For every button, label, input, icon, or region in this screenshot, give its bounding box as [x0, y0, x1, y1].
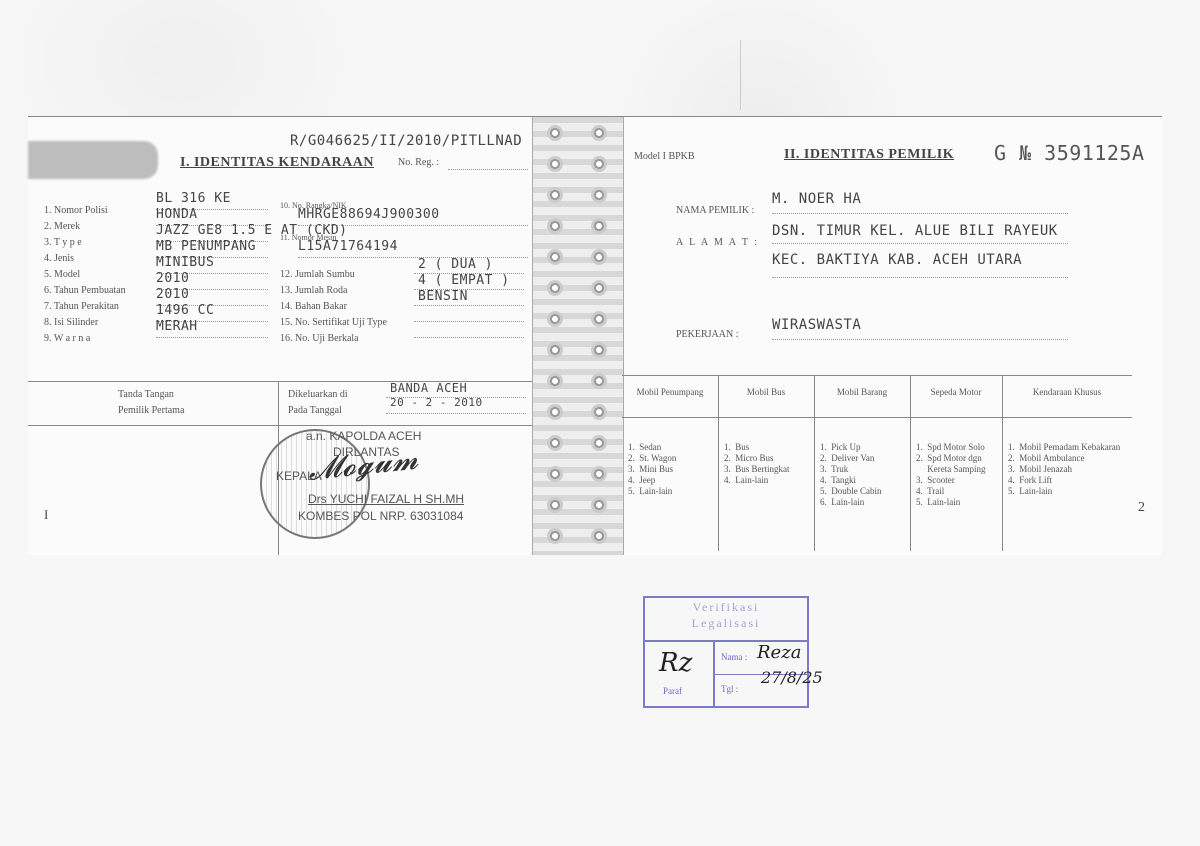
stamp-title-1: Verifikasi [645, 600, 807, 614]
stamp-divider [713, 640, 715, 706]
field-value: MHRGE88694J900300 [298, 207, 440, 222]
dotted-line [772, 243, 1068, 244]
rosette-pattern [591, 528, 607, 544]
rosette-pattern [547, 373, 563, 389]
category-item: 3. Mini Bus [628, 464, 718, 475]
field-label: 4. Jenis [44, 253, 74, 264]
category-item: 4. Tangki [820, 475, 910, 486]
category-header: Mobil Penumpang [622, 387, 718, 397]
rosette-pattern [547, 156, 563, 172]
rosette-pattern [547, 497, 563, 513]
rosette-pattern [591, 466, 607, 482]
address-line-2: KEC. BAKTIYA KAB. ACEH UTARA [772, 252, 1022, 268]
security-pattern-spine [532, 117, 624, 555]
field-value: 4 ( EMPAT ) [418, 273, 510, 288]
rosette-pattern [591, 187, 607, 203]
divider [622, 375, 1132, 376]
address-line-1: DSN. TIMUR KEL. ALUE BILI RAYEUK [772, 223, 1058, 239]
rosette-pattern [591, 249, 607, 265]
vehicle-identity-panel: R/G046625/II/2010/PITLLNAD I. IDENTITAS … [28, 117, 532, 555]
dotted-line [298, 225, 528, 226]
rosette-pattern [547, 218, 563, 234]
field-label: 3. T y p e [44, 237, 82, 248]
dotted-line [414, 321, 524, 322]
category-item: 6. Lain-lain [820, 497, 910, 508]
category-item: 1. Spd Motor Solo [916, 442, 1002, 453]
official-name: Drs YUCHI FAIZAL H SH.MH [308, 492, 464, 506]
redacted-area [28, 141, 158, 179]
field-label: 8. Isi Silinder [44, 317, 98, 328]
authority-line-1: a.n. KAPOLDA ACEH [306, 429, 421, 443]
rosette-pattern [591, 311, 607, 327]
category-item: 1. Mobil Pemadam Kebakaran [1008, 442, 1132, 453]
column-divider [1002, 375, 1003, 551]
rosette-pattern [591, 280, 607, 296]
issued-date-label: Pada Tanggal [288, 405, 342, 416]
category-item: 3. Mobil Jenazah [1008, 464, 1132, 475]
field-label: 14. Bahan Bakar [280, 301, 347, 312]
field-value: MERAH [156, 319, 198, 334]
divider [622, 417, 1132, 418]
category-item: 1. Bus [724, 442, 814, 453]
registration-code: R/G046625/II/2010/PITLLNAD [290, 133, 522, 149]
category-item: 2. St. Wagon [628, 453, 718, 464]
column-divider [910, 375, 911, 551]
rosette-pattern [591, 156, 607, 172]
paraf-label: Paraf [663, 686, 682, 696]
category-header: Kendaraan Khusus [1002, 387, 1132, 397]
field-value: 1496 CC [156, 303, 214, 318]
category-item: 4. Trail [916, 486, 1002, 497]
issued-at-label: Dikeluarkan di [288, 389, 348, 400]
rosette-pattern [591, 342, 607, 358]
dotted-line [772, 339, 1068, 340]
side-roman-numeral: I [44, 507, 48, 523]
occupation-label: PEKERJAAN : [676, 329, 739, 340]
category-item: 2. Micro Bus [724, 453, 814, 464]
category-list: 1. Sedan2. St. Wagon3. Mini Bus4. Jeep5.… [628, 442, 718, 497]
dotted-line [772, 213, 1068, 214]
divider [28, 425, 532, 426]
field-label: 15. No. Sertifikat Uji Type [280, 317, 387, 328]
field-value: HONDA [156, 207, 198, 222]
rosette-pattern [591, 373, 607, 389]
dotted-line [414, 337, 524, 338]
category-list: 1. Pick Up2. Deliver Van3. Truk4. Tangki… [820, 442, 910, 508]
dotted-line [156, 337, 268, 338]
dotted-line [386, 397, 526, 398]
category-item: 3. Bus Bertingkat [724, 464, 814, 475]
category-header: Mobil Barang [814, 387, 910, 397]
owner-identity-panel: Model I BPKB II. IDENTITAS PEMILIK G № 3… [622, 117, 1162, 555]
field-label: 9. W a r n a [44, 333, 90, 344]
section-title-owner: II. IDENTITAS PEMILIK [784, 147, 954, 163]
rosette-pattern [591, 497, 607, 513]
field-value: MINIBUS [156, 255, 214, 270]
category-list: 1. Bus2. Micro Bus3. Bus Bertingkat4. La… [724, 442, 814, 486]
column-divider [814, 375, 815, 551]
field-label: 5. Model [44, 269, 80, 280]
form-model: Model I BPKB [634, 151, 695, 162]
field-value: 2010 [156, 287, 189, 302]
rosette-pattern [547, 187, 563, 203]
rosette-pattern [547, 280, 563, 296]
dotted-line [414, 305, 524, 306]
owner-signature-label-1: Tanda Tangan [118, 389, 174, 400]
section-title-vehicle: I. IDENTITAS KENDARAAN [180, 155, 374, 171]
no-reg-label: No. Reg. : [398, 157, 439, 168]
rosette-pattern [547, 311, 563, 327]
rosette-pattern [591, 435, 607, 451]
field-value: MB PENUMPANG [156, 239, 256, 254]
column-divider [718, 375, 719, 551]
rosette-pattern [547, 125, 563, 141]
category-list: 1. Mobil Pemadam Kebakaran2. Mobil Ambul… [1008, 442, 1132, 497]
nama-label: Nama : [721, 652, 747, 662]
occupation-value: WIRASWASTA [772, 317, 861, 333]
field-label: 7. Tahun Perakitan [44, 301, 119, 312]
field-label: 12. Jumlah Sumbu [280, 269, 355, 280]
category-item: 5. Double Cabin [820, 486, 910, 497]
verification-stamp: Verifikasi Legalisasi Rz Paraf Nama : Re… [643, 596, 809, 708]
field-value: 2010 [156, 271, 189, 286]
field-label: 2. Merek [44, 221, 80, 232]
category-item: 2. Mobil Ambulance [1008, 453, 1132, 464]
rosette-pattern [547, 342, 563, 358]
field-value: BENSIN [418, 289, 468, 304]
owner-name-label: NAMA PEMILIK : [676, 205, 754, 216]
category-item: Kereta Samping [916, 464, 1002, 475]
category-header: Mobil Bus [718, 387, 814, 397]
tgl-value: 27/8/25 [761, 668, 823, 687]
dotted-line [298, 257, 528, 258]
rosette-pattern [591, 404, 607, 420]
rosette-pattern [591, 125, 607, 141]
owner-name-value: M. NOER HA [772, 191, 861, 207]
rosette-pattern [547, 249, 563, 265]
rosette-pattern [547, 404, 563, 420]
nama-value: Reza [757, 642, 801, 663]
category-item: 1. Pick Up [820, 442, 910, 453]
rosette-pattern [591, 218, 607, 234]
fold-line [740, 40, 741, 110]
owner-signature-label-2: Pemilik Pertama [118, 405, 184, 416]
dotted-line [448, 169, 528, 170]
category-item: 5. Lain-lain [1008, 486, 1132, 497]
category-item: 3. Scooter [916, 475, 1002, 486]
category-item: 5. Lain-lain [628, 486, 718, 497]
category-item: 2. Deliver Van [820, 453, 910, 464]
official-rank: KOMBES POL NRP. 63031084 [298, 509, 463, 523]
paraf-initials: Rz [659, 648, 692, 678]
field-label: 6. Tahun Pembuatan [44, 285, 126, 296]
address-label: A L A M A T : [676, 237, 759, 248]
category-item: 2. Spd Motor dgn [916, 453, 1002, 464]
field-label: 1. Nomor Polisi [44, 205, 108, 216]
field-value: L15A71764194 [298, 239, 398, 254]
issued-at-value: BANDA ACEH [390, 381, 467, 395]
field-value: 2 ( DUA ) [418, 257, 493, 272]
field-value: BL 316 KE [156, 191, 231, 206]
category-item: 4. Fork Lift [1008, 475, 1132, 486]
vehicle-ownership-document: R/G046625/II/2010/PITLLNAD I. IDENTITAS … [28, 116, 1162, 555]
rosette-pattern [547, 466, 563, 482]
category-item: 1. Sedan [628, 442, 718, 453]
page-number: 2 [1138, 500, 1145, 516]
field-label: 16. No. Uji Berkala [280, 333, 359, 344]
tgl-label: Tgl : [721, 684, 738, 694]
category-item: 3. Truk [820, 464, 910, 475]
category-item: 4. Jeep [628, 475, 718, 486]
category-list: 1. Spd Motor Solo2. Spd Motor dgn Kereta… [916, 442, 1002, 508]
dotted-line [386, 413, 526, 414]
category-header: Sepeda Motor [910, 387, 1002, 397]
rosette-pattern [547, 528, 563, 544]
stamp-title-2: Legalisasi [645, 616, 807, 630]
serial-number: G № 3591125A [994, 141, 1145, 165]
rosette-pattern [547, 435, 563, 451]
category-item: 5. Lain-lain [916, 497, 1002, 508]
field-label: 13. Jumlah Roda [280, 285, 348, 296]
category-item: 4. Lain-lain [724, 475, 814, 486]
dotted-line [772, 277, 1068, 278]
